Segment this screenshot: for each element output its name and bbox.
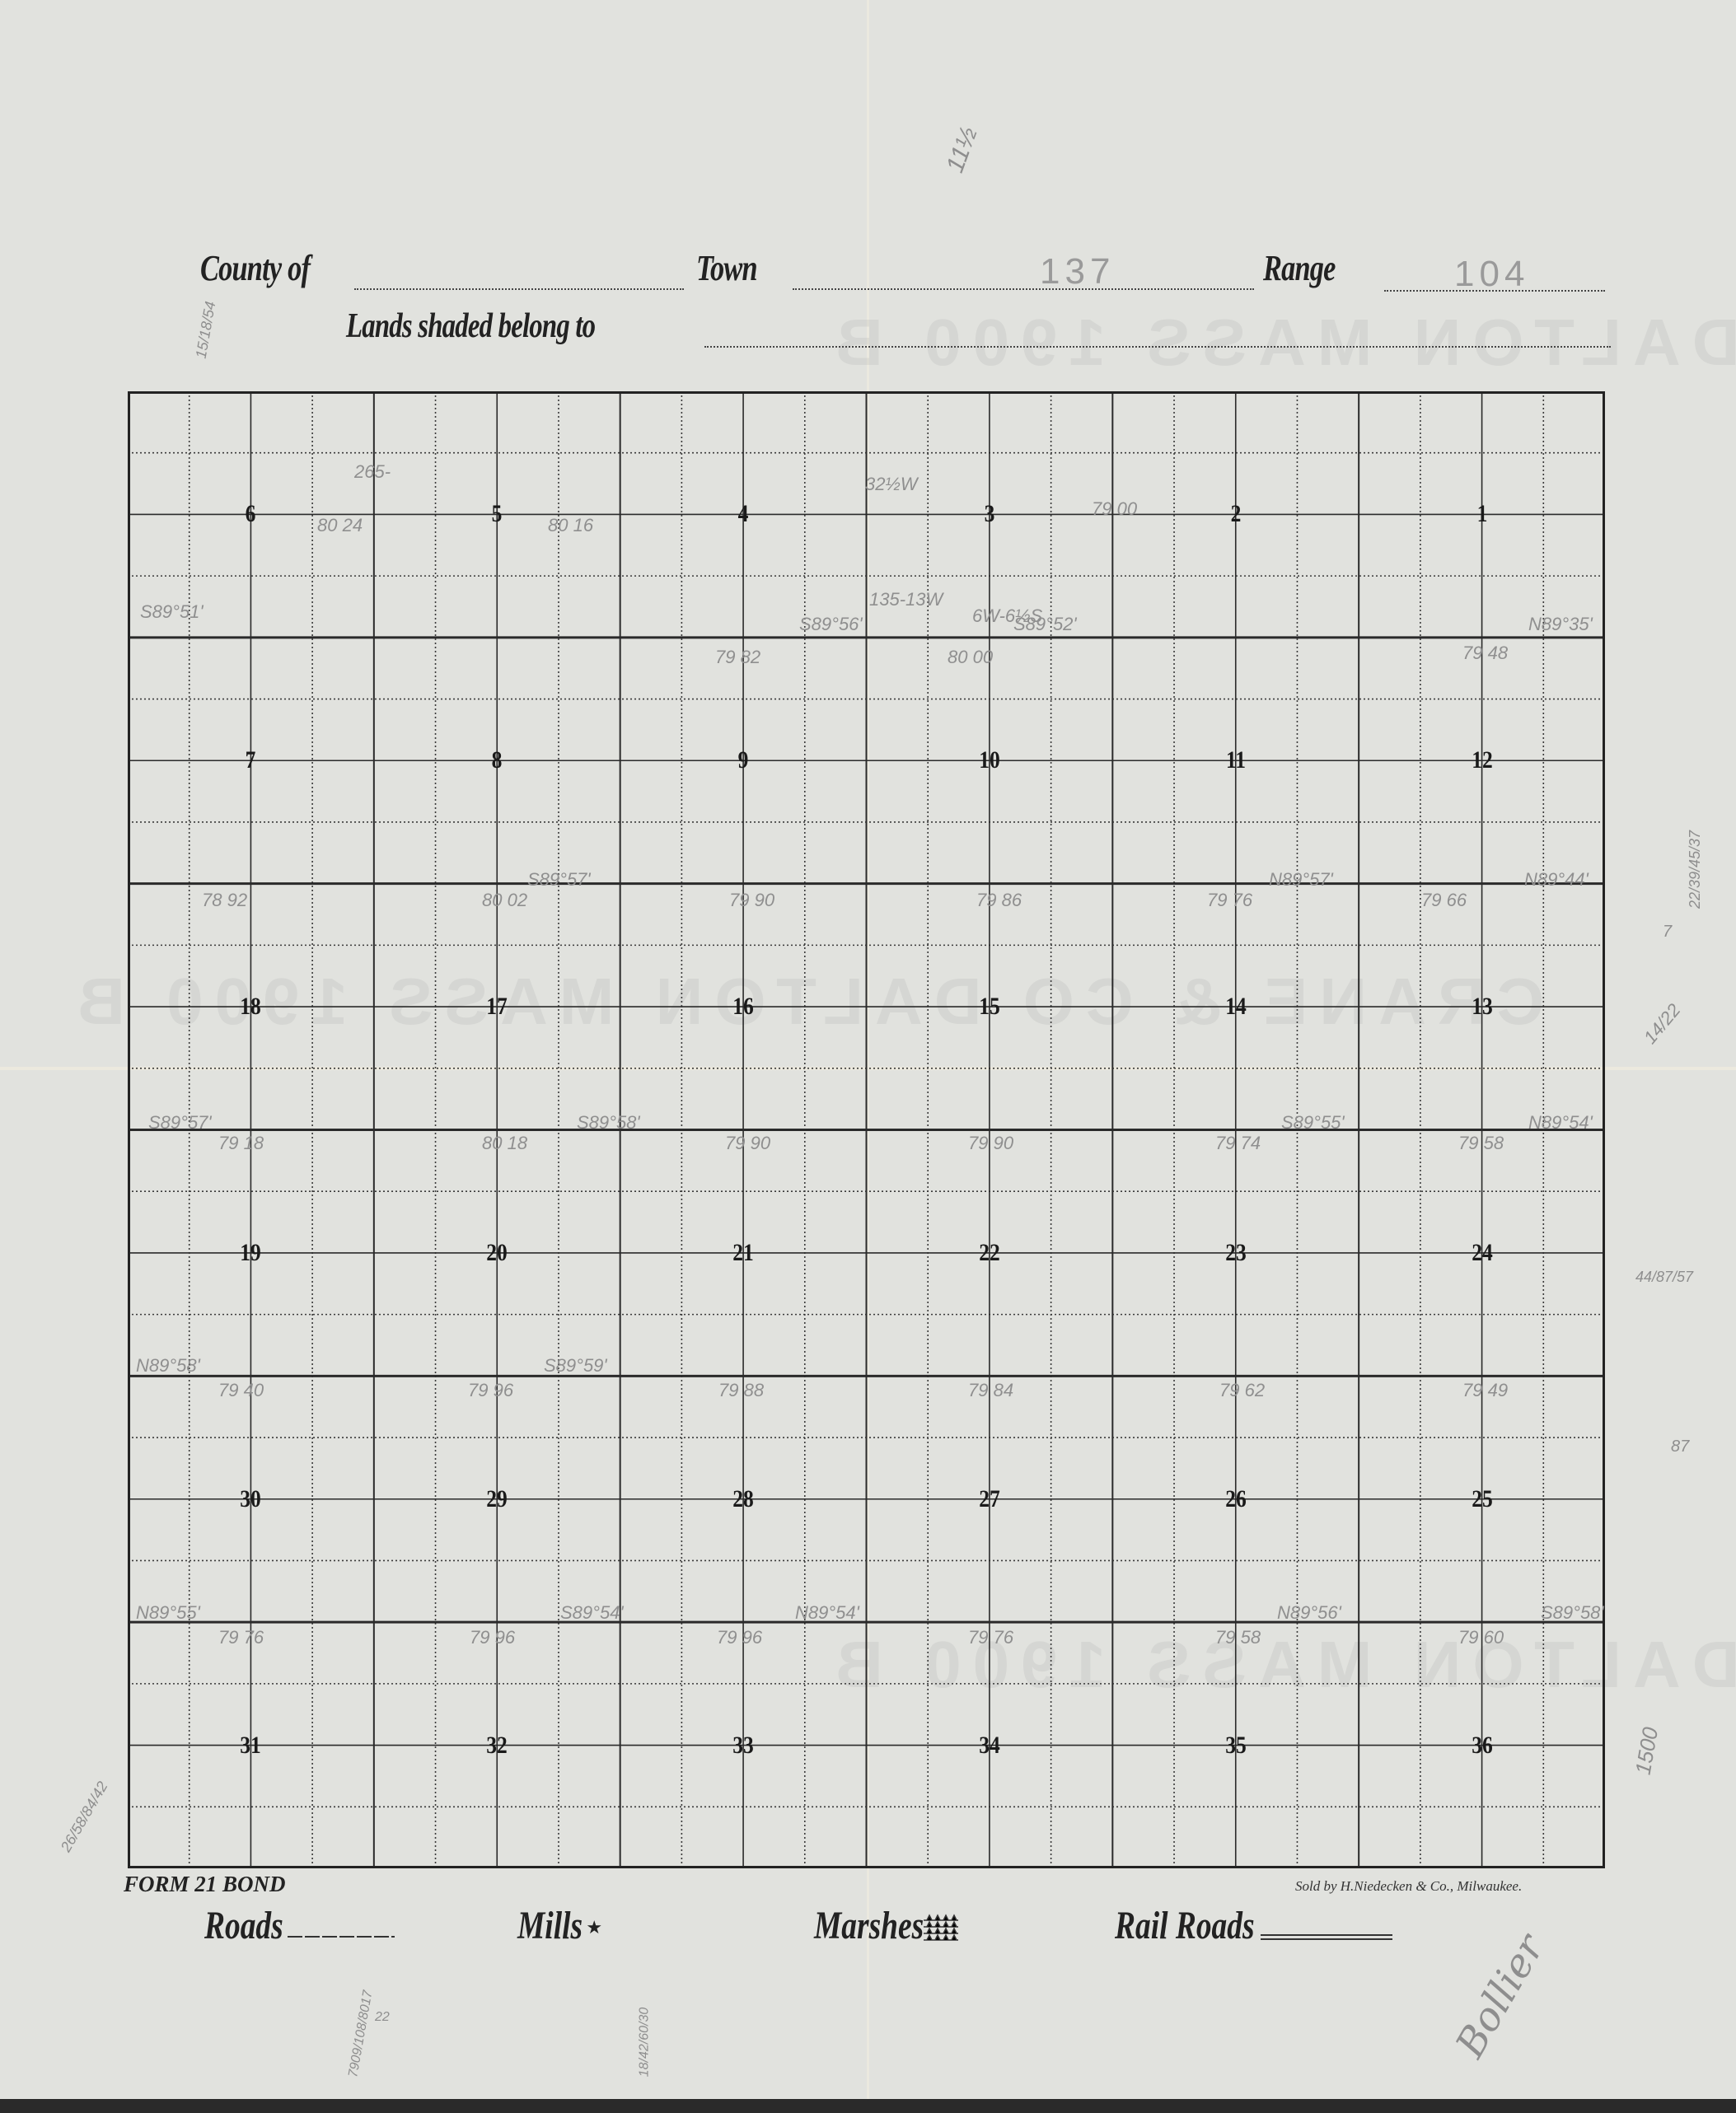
survey-note: 79 88: [718, 1380, 764, 1401]
section-35[interactable]: 35: [1225, 1732, 1247, 1760]
section-36[interactable]: 36: [1472, 1732, 1493, 1760]
form-label: FORM 21 BOND: [124, 1872, 286, 1897]
section-27[interactable]: 27: [979, 1485, 1000, 1513]
section-20[interactable]: 20: [487, 1239, 508, 1267]
survey-note: 79 90: [968, 1133, 1013, 1154]
survey-note: S89°51': [140, 601, 204, 623]
range-value: 104: [1454, 254, 1529, 295]
survey-note: 79 90: [725, 1133, 770, 1154]
survey-note: S89°52': [1013, 614, 1077, 635]
section-21[interactable]: 21: [732, 1239, 754, 1267]
section-11[interactable]: 11: [1226, 746, 1246, 774]
survey-note: 79 58: [1215, 1627, 1261, 1648]
section-2[interactable]: 2: [1230, 500, 1241, 528]
survey-note: N89°35': [1528, 614, 1593, 635]
roads-symbol-icon: [288, 1930, 395, 1942]
section-23[interactable]: 23: [1225, 1239, 1247, 1267]
note-right-margin-4: 44/87/57: [1635, 1269, 1693, 1286]
county-field[interactable]: [354, 288, 684, 290]
note-bottom-3: 18/42/60/30: [637, 2008, 652, 2078]
survey-note: N89°55': [136, 1602, 200, 1624]
town-label: Town: [696, 247, 757, 289]
survey-note: 79 86: [976, 890, 1022, 911]
survey-note: N89°44': [1524, 869, 1589, 891]
section-24[interactable]: 24: [1472, 1239, 1493, 1267]
survey-note: 79 62: [1219, 1380, 1265, 1401]
legend-marshes-label: Marshes: [814, 1903, 924, 1948]
survey-note: 79 66: [1421, 890, 1467, 911]
survey-note: 80 24: [317, 515, 363, 536]
note-right-margin-2: 7: [1663, 923, 1672, 942]
section-13[interactable]: 13: [1472, 993, 1493, 1021]
grid-lines: [128, 391, 1605, 1868]
survey-note: 79 76: [968, 1627, 1013, 1648]
section-3[interactable]: 3: [985, 500, 995, 528]
legend-railroads-label: Rail Roads: [1115, 1903, 1255, 1948]
section-16[interactable]: 16: [732, 993, 754, 1021]
survey-note: S89°57': [148, 1112, 212, 1134]
survey-note: N89°54': [795, 1602, 859, 1624]
survey-note: 79 74: [1215, 1133, 1261, 1154]
section-8[interactable]: 8: [492, 746, 503, 774]
survey-note: 80 16: [548, 515, 593, 536]
survey-note: N89°56': [1277, 1602, 1341, 1624]
section-14[interactable]: 14: [1225, 993, 1247, 1021]
sold-by-text: Sold by H.Niedecken & Co., Milwaukee.: [1295, 1878, 1522, 1895]
survey-note: S89°56': [799, 614, 863, 635]
section-34[interactable]: 34: [979, 1732, 1000, 1760]
section-1[interactable]: 1: [1476, 500, 1487, 528]
section-31[interactable]: 31: [241, 1732, 262, 1760]
town-value: 137: [1040, 251, 1115, 292]
survey-note: N89°57': [1269, 869, 1333, 891]
section-4[interactable]: 4: [738, 500, 749, 528]
survey-note: 79 00: [1092, 498, 1137, 520]
survey-note: 79 48: [1462, 643, 1508, 664]
survey-note: 79 96: [468, 1380, 513, 1401]
section-22[interactable]: 22: [979, 1239, 1000, 1267]
survey-note: 78 92: [202, 890, 247, 911]
railroad-symbol-icon: [1261, 1932, 1392, 1943]
lands-shaded-field[interactable]: [704, 346, 1611, 348]
legend-mills-label: Mills: [517, 1903, 583, 1948]
survey-note: 79 96: [470, 1627, 515, 1648]
survey-note: 79 96: [717, 1627, 762, 1648]
survey-note: 79 90: [729, 890, 774, 911]
section-15[interactable]: 15: [979, 993, 1000, 1021]
legend-roads: Roads: [204, 1899, 395, 1948]
survey-note: 79 60: [1458, 1627, 1504, 1648]
survey-note: 79 49: [1462, 1380, 1508, 1401]
watermark-top: CRANE & CO DALTON MASS 1900 B: [824, 305, 1736, 381]
survey-note: S89°58': [1541, 1602, 1604, 1624]
survey-note: 79 76: [1207, 890, 1252, 911]
town-field[interactable]: [793, 288, 1254, 290]
survey-note: 79 76: [218, 1627, 264, 1648]
section-25[interactable]: 25: [1472, 1485, 1493, 1513]
survey-note: 80 00: [948, 647, 993, 668]
section-12[interactable]: 12: [1472, 746, 1493, 774]
scan-edge: [0, 2099, 1736, 2113]
survey-note: S89°55': [1281, 1112, 1345, 1134]
survey-note: S89°54': [560, 1602, 624, 1624]
survey-note: S89°58': [577, 1112, 640, 1134]
section-30[interactable]: 30: [241, 1485, 262, 1513]
survey-note: 135-13W: [869, 589, 943, 610]
section-32[interactable]: 32: [487, 1732, 508, 1760]
section-10[interactable]: 10: [979, 746, 1000, 774]
survey-note: 80 02: [482, 890, 527, 911]
legend-mills: Mills ★: [517, 1899, 602, 1948]
section-6[interactable]: 6: [246, 500, 256, 528]
section-33[interactable]: 33: [732, 1732, 754, 1760]
section-29[interactable]: 29: [487, 1485, 508, 1513]
section-17[interactable]: 17: [487, 993, 508, 1021]
section-18[interactable]: 18: [241, 993, 262, 1021]
section-28[interactable]: 28: [732, 1485, 754, 1513]
section-9[interactable]: 9: [738, 746, 749, 774]
survey-note: N89°58': [136, 1355, 200, 1377]
legend-railroads: Rail Roads: [1115, 1899, 1392, 1948]
note-bottom-2: 22: [375, 2010, 390, 2025]
section-26[interactable]: 26: [1225, 1485, 1247, 1513]
township-grid: 6543217891011121817161514131920212223243…: [128, 391, 1605, 1868]
survey-note: 79 40: [218, 1380, 264, 1401]
survey-note: 265-: [354, 461, 391, 483]
survey-note: 32½W: [865, 474, 918, 495]
marsh-symbol-icon: [922, 1914, 960, 1943]
survey-note: 80 18: [482, 1133, 527, 1154]
lands-shaded-label: Lands shaded belong to: [346, 306, 595, 346]
legend-marshes: Marshes: [814, 1899, 960, 1948]
survey-note: N89°54': [1528, 1112, 1593, 1134]
section-7[interactable]: 7: [246, 746, 256, 774]
survey-note: 79 58: [1458, 1133, 1504, 1154]
mill-star-icon: ★: [586, 1917, 602, 1938]
survey-note: S89°59': [544, 1355, 607, 1377]
note-right-margin-5: 87: [1671, 1437, 1689, 1456]
county-label: County of: [200, 247, 310, 289]
section-19[interactable]: 19: [241, 1239, 262, 1267]
note-right-margin-1: 22/39/45/37: [1687, 830, 1704, 909]
survey-note: 79 84: [968, 1380, 1013, 1401]
section-5[interactable]: 5: [492, 500, 503, 528]
range-label: Range: [1263, 247, 1336, 289]
legend-roads-label: Roads: [204, 1903, 283, 1948]
survey-note: 79 82: [715, 647, 760, 668]
survey-note: 79 18: [218, 1133, 264, 1154]
survey-note: S89°57': [527, 869, 591, 891]
